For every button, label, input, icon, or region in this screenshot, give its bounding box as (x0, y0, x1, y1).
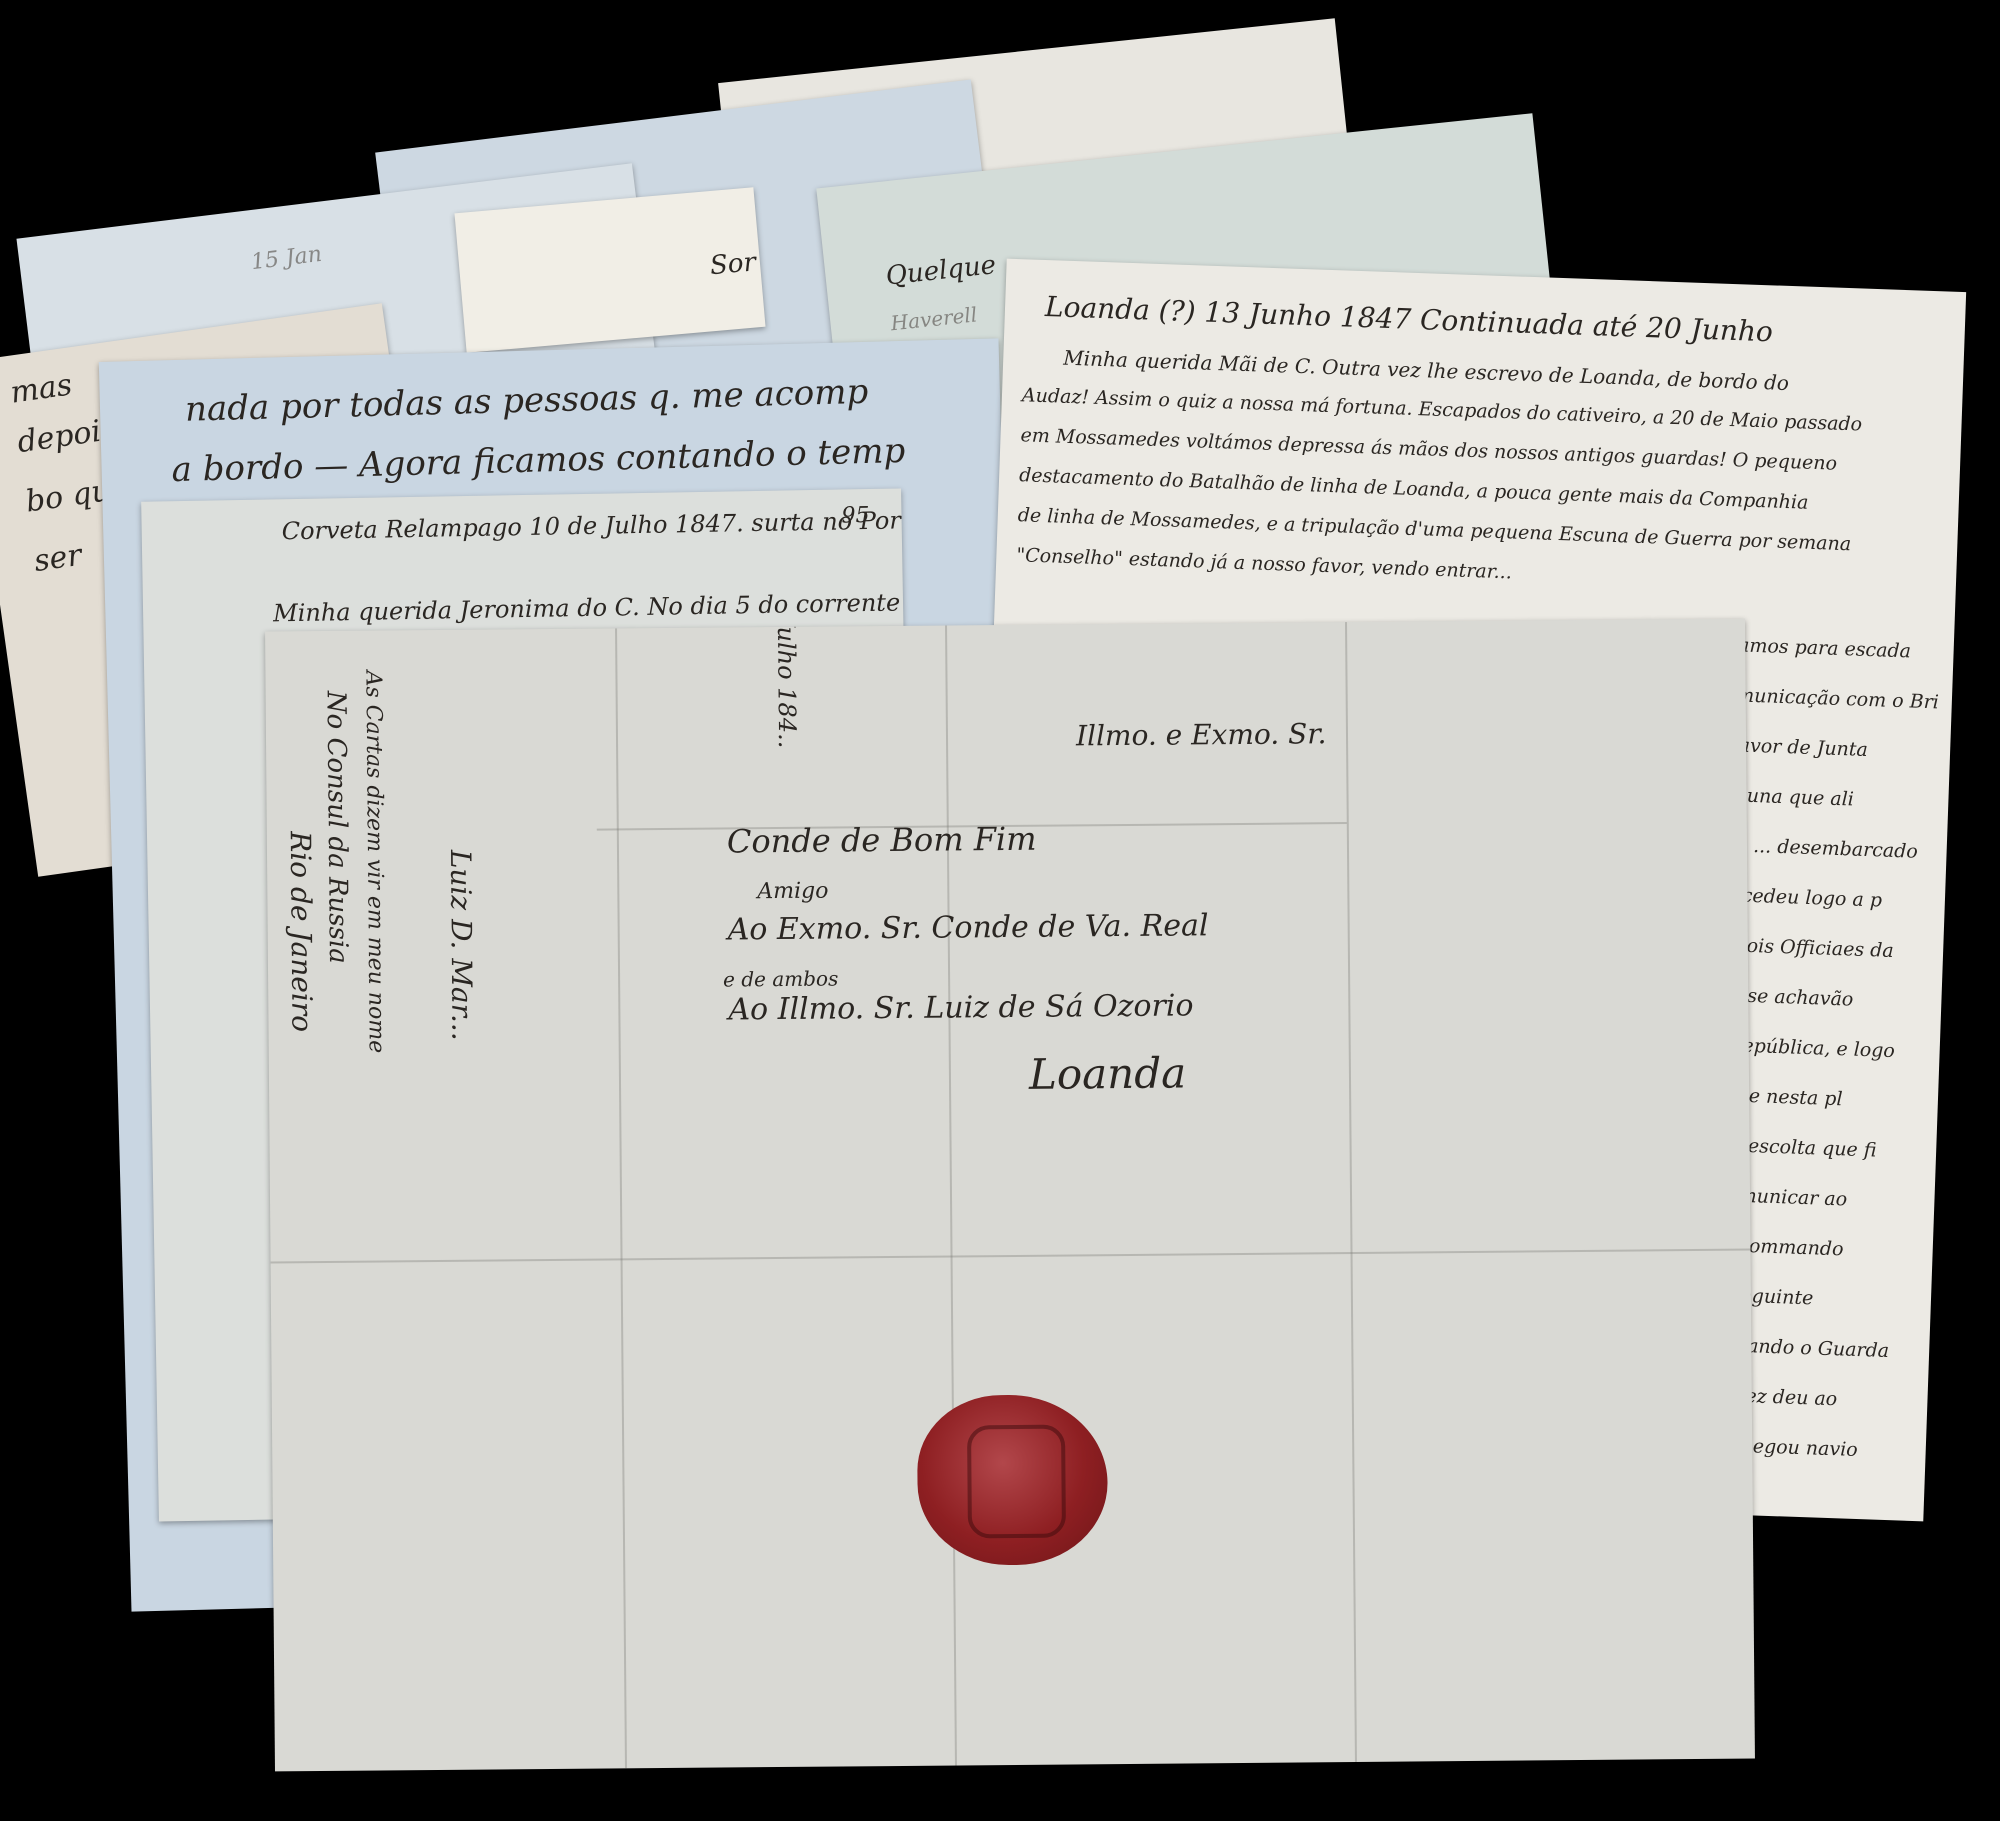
rotated-text: Rio de Janeiro (284, 831, 319, 1032)
address-line: Ao Exmo. Sr. Conde de Va. Real (728, 908, 1209, 947)
rotated-text: As Cartas dizem vir em meu nome (360, 670, 388, 1053)
loanda-line: "Conselho" estando já a nosso favor, ven… (1016, 544, 1512, 583)
loanda-line: destacamento do Batalhão de linha de Loa… (1019, 464, 1809, 514)
wax-seal (917, 1394, 1108, 1566)
cover-letter: Illmo. e Exmo. Sr. Conde de Bom Fim Amig… (265, 619, 1755, 1772)
fragment: ser (32, 538, 84, 579)
blue-letter-line: nada por todas as pessoas q. me acomp (185, 372, 869, 430)
back-letter-fragment: Sor (709, 247, 757, 281)
fragment: mas (8, 367, 74, 410)
blue-letter-line: a bordo — Agora ficamos contando o temp (171, 431, 906, 490)
loanda-line: Minha querida Mãi de C. Outra vez lhe es… (1063, 346, 1789, 395)
address-line: Conde de Bom Fim (727, 820, 1037, 861)
address-line: Loanda (1029, 1048, 1187, 1098)
back-letter-sheet: Sor (454, 187, 765, 353)
loanda-line: em Mossamedes voltámos depressa ás mãos … (1020, 424, 1837, 474)
fold-line (615, 628, 627, 1768)
corveta-heading: Corveta Relampago 10 de Julho 1847. surt… (281, 504, 918, 545)
back-letter-fragment: 15 Jan (250, 242, 324, 275)
cover-salutation: Illmo. e Exmo. Sr. (1076, 717, 1327, 752)
fold-line (271, 1249, 1751, 1264)
seal-impression (967, 1425, 1066, 1539)
address-line: e de ambos (723, 966, 838, 991)
fold-line (1345, 622, 1357, 1762)
fold-line (945, 626, 957, 1766)
address-line: Amigo (757, 879, 828, 905)
corveta-first-line: Minha querida Jeronima do C. No dia 5 do… (273, 588, 919, 627)
address-line: Ao Illmo. Sr. Luiz de Sá Ozorio (728, 988, 1193, 1027)
loanda-heading: Loanda (?) 13 Junho 1847 Continuada até … (1045, 290, 1774, 348)
page-number: 95 (841, 503, 869, 528)
rotated-text: Luiz D. Mar... (444, 850, 479, 1041)
rotated-fragment: Julho 184.. (772, 619, 801, 749)
back-letter-fragment: Haverell (890, 302, 979, 335)
back-letter-fragment: Quelque (884, 250, 997, 291)
rotated-text: No Consul da Russia (321, 691, 353, 964)
